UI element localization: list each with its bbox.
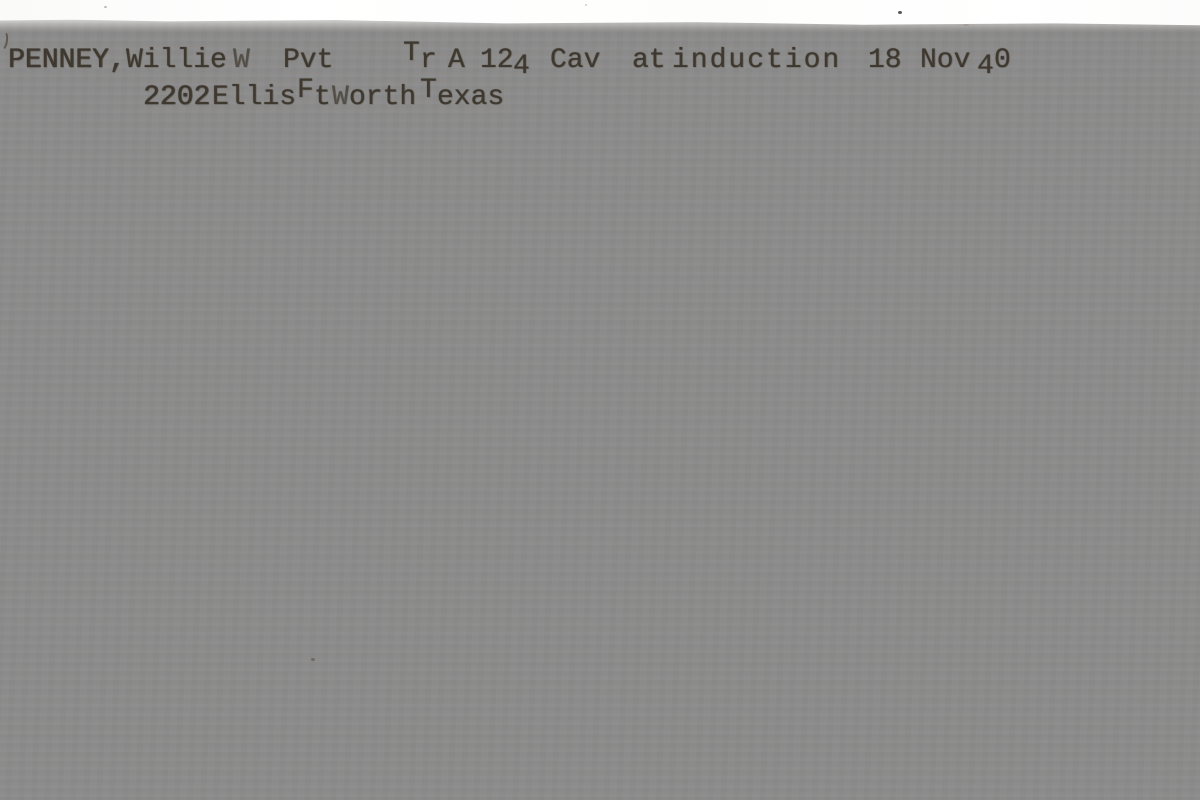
typed-token: r xyxy=(420,46,437,76)
typed-token: Willie xyxy=(126,46,227,76)
typed-token: F xyxy=(297,76,314,106)
typed-token: T xyxy=(403,39,420,69)
typed-token: orth xyxy=(349,83,416,113)
typed-token: A xyxy=(448,46,465,76)
typed-token: Cav xyxy=(550,46,600,76)
typed-token: 12 xyxy=(480,46,514,76)
typed-token: T xyxy=(420,76,437,106)
typed-token: 4 xyxy=(977,52,994,82)
typed-line-2: 2202EllisFtWorthTexas xyxy=(0,83,1200,113)
typed-token: 2202 xyxy=(143,83,210,113)
typed-line-1: PENNEY,WillieWPvtTrA124Cavatinduction18N… xyxy=(0,46,1200,76)
typed-token: induction xyxy=(672,46,841,76)
typed-token: PENNEY, xyxy=(8,46,126,76)
typed-token: Pvt xyxy=(283,46,333,76)
typed-token: W xyxy=(332,83,349,113)
typed-token: W xyxy=(233,46,250,76)
scanned-card: PENNEY,WillieWPvtTrA124Cavatinduction18N… xyxy=(0,0,1200,800)
typed-token: t xyxy=(314,83,331,113)
typed-token: exas xyxy=(437,83,504,113)
typed-token: 4 xyxy=(513,52,530,82)
typed-token: 18 xyxy=(868,46,902,76)
typed-token: 0 xyxy=(994,46,1011,76)
typed-token: Nov xyxy=(920,46,970,76)
typed-token: Ellis xyxy=(212,83,296,113)
dust-speck xyxy=(311,658,315,661)
typed-token: at xyxy=(632,46,666,76)
